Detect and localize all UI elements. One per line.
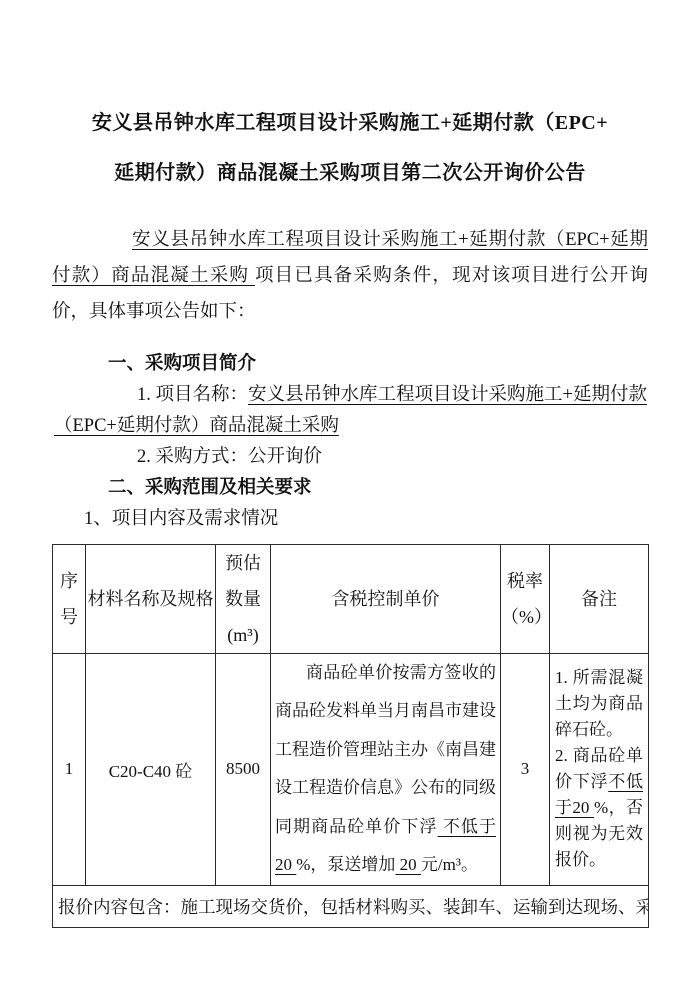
header-quantity: 预估 数量 (m³) <box>216 544 271 653</box>
section-2-heading: 二、采购范围及相关要求 <box>52 473 648 504</box>
header-serial-no: 序 号 <box>53 544 86 653</box>
table-header-row: 序 号 材料名称及规格 预估 数量 (m³) 含税控制单价 税率 （%） 备注 <box>53 544 649 653</box>
cell-quote-scope: 报价内容包含：施工现场交货价，包括材料购买、装卸车、运输到达现场、采购 <box>53 885 649 927</box>
header-tax-rate: 税率 （%） <box>501 544 550 653</box>
cell-quantity: 8500 <box>216 653 271 885</box>
section-1-heading: 一、采购项目简介 <box>52 349 648 380</box>
item-project-name-continued: （EPC+延期付款）商品混凝土采购 <box>52 411 648 442</box>
section-2-sub-heading: 1、项目内容及需求情况 <box>52 504 648 535</box>
document-title-line-2: 延期付款）商品混凝土采购项目第二次公开询价公告 <box>52 148 648 198</box>
header-unit-price: 含税控制单价 <box>271 544 501 653</box>
header-material: 材料名称及规格 <box>86 544 216 653</box>
document-title: 安义县吊钟水库工程项目设计采购施工+延期付款（EPC+ 延期付款）商品混凝土采购… <box>52 98 648 198</box>
table-data-row: 1 C20-C40 砼 8500 商品砼单价按需方签收的商品砼发料单当月南昌市建… <box>53 653 649 885</box>
requirements-table: 序 号 材料名称及规格 预估 数量 (m³) 含税控制单价 税率 （%） 备注 … <box>52 544 649 928</box>
cell-tax-rate: 3 <box>501 653 550 885</box>
table-footer-row: 报价内容包含：施工现场交货价，包括材料购买、装卸车、运输到达现场、采购 <box>53 885 649 927</box>
item-project-name: 1. 项目名称：安义县吊钟水库工程项目设计采购施工+延期付款 <box>52 380 648 411</box>
cell-remarks: 1. 所需混凝土均为商品碎石砼。 2. 商品砼单价下浮不低于20 %，否则视为无… <box>550 653 649 885</box>
intro-paragraph: 安义县吊钟水库工程项目设计采购施工+延期付款（EPC+延期付款）商品混凝土采购 … <box>52 222 648 330</box>
cell-serial-no: 1 <box>53 653 86 885</box>
cell-material: C20-C40 砼 <box>86 653 216 885</box>
item-procurement-method: 2. 采购方式：公开询价 <box>52 442 648 473</box>
document-title-line-1: 安义县吊钟水库工程项目设计采购施工+延期付款（EPC+ <box>52 98 648 148</box>
document-page: 安义县吊钟水库工程项目设计采购施工+延期付款（EPC+ 延期付款）商品混凝土采购… <box>0 98 700 928</box>
header-remarks: 备注 <box>550 544 649 653</box>
cell-unit-price: 商品砼单价按需方签收的商品砼发料单当月南昌市建设工程造价管理站主办《南昌建设工程… <box>271 653 501 885</box>
